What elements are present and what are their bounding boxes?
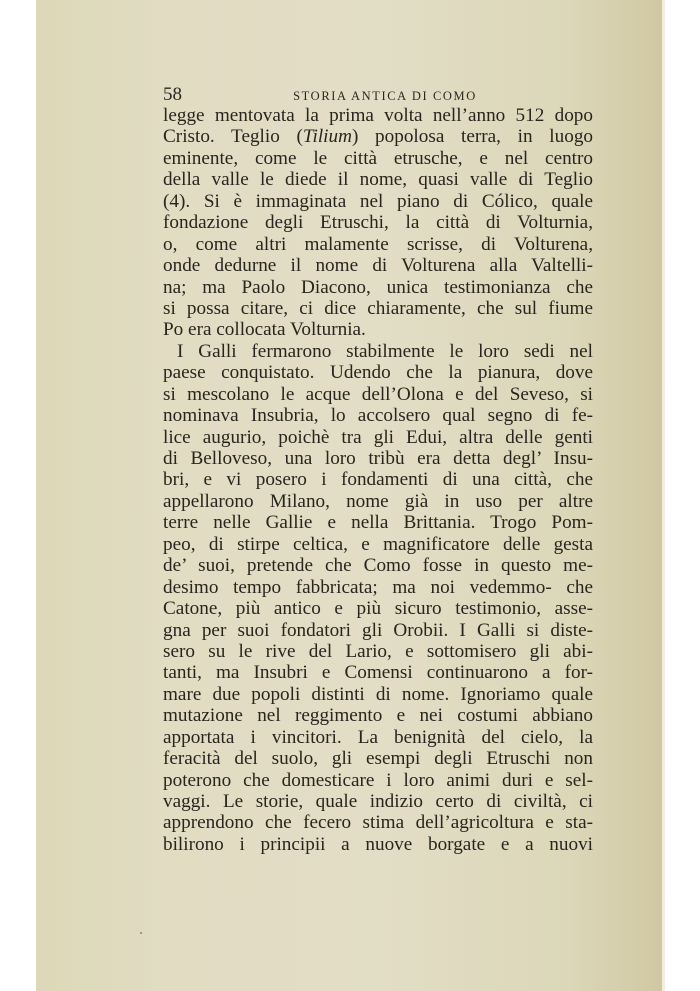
scan-speck	[140, 932, 142, 934]
page-number: 58	[163, 84, 182, 106]
text-line: bilirono i principii a nuove borgate e a…	[163, 834, 593, 855]
text-line: poterono che domesticare i loro animi du…	[163, 770, 593, 791]
text-line: desimo tempo fabbricata; ma noi vedemmo-…	[163, 577, 593, 598]
page-edge	[662, 0, 665, 991]
text-line: Cristo. Teglio (Tilium) popolosa terra, …	[163, 126, 593, 147]
text-line: gna per suoi fondatori gli Orobii. I Gal…	[163, 620, 593, 641]
text-line: nominava Insubria, lo accolsero qual seg…	[163, 405, 593, 426]
text-line: peo, di stirpe celtica, e magnificatore …	[163, 534, 593, 555]
text-line: si possa citare, ci dice chiaramente, ch…	[163, 298, 593, 319]
text-line: eminente, come le città etrusche, e nel …	[163, 148, 593, 169]
text-line: apprendono che fecero stima dell’agricol…	[163, 812, 593, 833]
text-line-paragraph-start: I Galli fermarono stabilmente le loro se…	[163, 341, 593, 362]
text-line: vaggi. Le storie, quale indizio certo di…	[163, 791, 593, 812]
text-line: tanti, ma Insubri e Comensi continuarono…	[163, 662, 593, 683]
text-line: della valle le diede il nome, quasi vall…	[163, 169, 593, 190]
text-line: appellarono Milano, nome già in uso per …	[163, 491, 593, 512]
text-line: o, come altri malamente scrisse, di Volt…	[163, 234, 593, 255]
text-line: lice augurio, poichè tra gli Edui, altra…	[163, 427, 593, 448]
text-line: mutazione nel reggimento e nei costumi a…	[163, 705, 593, 726]
text-line: apportata i vincitori. La benignità del …	[163, 727, 593, 748]
text-segment: Cristo. Teglio (	[163, 126, 303, 147]
text-line: sero su le rive del Lario, e sottomisero…	[163, 641, 593, 662]
text-line: Catone, più antico e più sicuro testimon…	[163, 598, 593, 619]
text-line: paese conquistato. Udendo che la pianura…	[163, 362, 593, 383]
italic-term: Tilium	[303, 126, 352, 147]
text-line: mare due popoli distinti di nome. Ignori…	[163, 684, 593, 705]
text-line: feracità del suolo, gli esempi degli Etr…	[163, 748, 593, 769]
text-line: na; ma Paolo Diacono, unica testimonianz…	[163, 277, 593, 298]
text-line-paragraph-end: Po era collocata Volturnia.	[163, 319, 593, 340]
text-segment: ) popolosa terra, in luogo	[352, 126, 593, 147]
body-text: legge mentovata la prima volta nell’anno…	[163, 105, 593, 855]
text-line: si mescolano le acque dell’Olona e del S…	[163, 384, 593, 405]
text-line: onde dedurne il nome di Volturena alla V…	[163, 255, 593, 276]
text-line: di Belloveso, una loro tribù era detta d…	[163, 448, 593, 469]
page-header: 58 Storia antica di Como	[163, 84, 593, 106]
text-line: terre nelle Gallie e nella Brittania. Tr…	[163, 512, 593, 533]
text-line: de’ suoi, pretende che Como fosse in que…	[163, 555, 593, 576]
text-line: fondazione degli Etruschi, la città di V…	[163, 212, 593, 233]
text-line: (4). Si è immaginata nel piano di Cólico…	[163, 191, 593, 212]
text-line: legge mentovata la prima volta nell’anno…	[163, 105, 593, 126]
text-line: bri, e vi posero i fondamenti di una cit…	[163, 469, 593, 490]
running-title: Storia antica di Como	[245, 87, 525, 105]
